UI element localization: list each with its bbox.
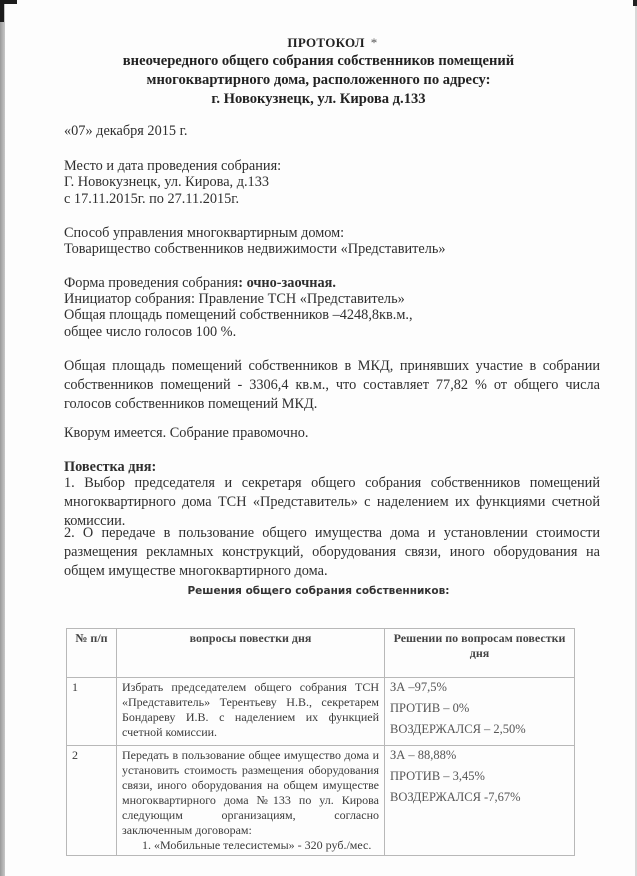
quorum-statement: Кворум имеется. Собрание правомочно. [64, 424, 309, 443]
header-number: № п/п [67, 629, 117, 678]
document-header: ПРОТОКОЛ* внеочередного общего собрания … [0, 33, 637, 109]
table-row: 1 Избрать председателем общего собрания … [67, 678, 575, 746]
result-against: ПРОТИВ – 3,45% [390, 769, 569, 784]
decisions-table: № п/п вопросы повестки дня Решении по во… [66, 628, 575, 856]
table-header-row: № п/п вопросы повестки дня Решении по во… [67, 629, 575, 678]
title-text: ПРОТОКОЛ [287, 35, 364, 50]
table-row: 2 Передать в пользование общее имущество… [67, 746, 575, 856]
result-against: ПРОТИВ – 0% [390, 701, 569, 716]
scan-left-edge [0, 0, 5, 876]
subtitle-address: г. Новокузнецк, ул. Кирова д.133 [0, 90, 637, 109]
row-question-text: Передать в пользование общее имущество д… [122, 748, 379, 837]
result-abstain: ВОЗДЕРЖАЛСЯ – 2,50% [390, 722, 569, 737]
row-question: Избрать председателем общего собрания ТС… [117, 678, 385, 746]
form-value: : очно-заочная. [238, 275, 336, 291]
contract-item: 1. «Мобильные телесистемы» - 320 руб./ме… [122, 838, 379, 853]
scan-corner-mark [0, 0, 4, 22]
row-question: Передать в пользование общее имущество д… [117, 746, 385, 856]
result-for: ЗА – 88,88% [390, 748, 569, 763]
participation-paragraph: Общая площадь помещений собственников в … [64, 357, 600, 414]
protocol-date: «07» декабря 2015 г. [64, 122, 187, 141]
document-title: ПРОТОКОЛ* [0, 33, 637, 52]
meeting-period: с 17.11.2015г. по 27.11.2015г. [64, 190, 239, 209]
row-results: ЗА – 88,88% ПРОТИВ – 3,45% ВОЗДЕРЖАЛСЯ -… [385, 746, 575, 856]
header-question: вопросы повестки дня [117, 629, 385, 678]
subtitle-line: внеочередного общего собрания собственни… [0, 52, 637, 71]
row-number: 1 [67, 678, 117, 746]
result-abstain: ВОЗДЕРЖАЛСЯ -7,67% [390, 790, 569, 805]
subtitle-line: многоквартирного дома, расположенного по… [0, 71, 637, 90]
header-decision: Решении по вопросам повестки дня [385, 629, 575, 678]
form-label: Форма проведения собрания [64, 275, 238, 291]
decisions-title: Решения общего собрания собственников: [0, 585, 637, 597]
result-for: ЗА –97,5% [390, 680, 569, 695]
row-number: 2 [67, 746, 117, 856]
agenda-item-1: 1. Выбор председателя и секретаря общего… [64, 474, 600, 531]
total-votes: общее число голосов 100 %. [64, 323, 236, 342]
row-results: ЗА –97,5% ПРОТИВ – 0% ВОЗДЕРЖАЛСЯ – 2,50… [385, 678, 575, 746]
scan-corner-mark [633, 0, 637, 6]
agenda-item-2: 2. О передаче в пользование общего имуще… [64, 524, 600, 581]
management-value: Товарищество собственников недвижимости … [64, 240, 446, 259]
title-mark: * [371, 35, 378, 50]
